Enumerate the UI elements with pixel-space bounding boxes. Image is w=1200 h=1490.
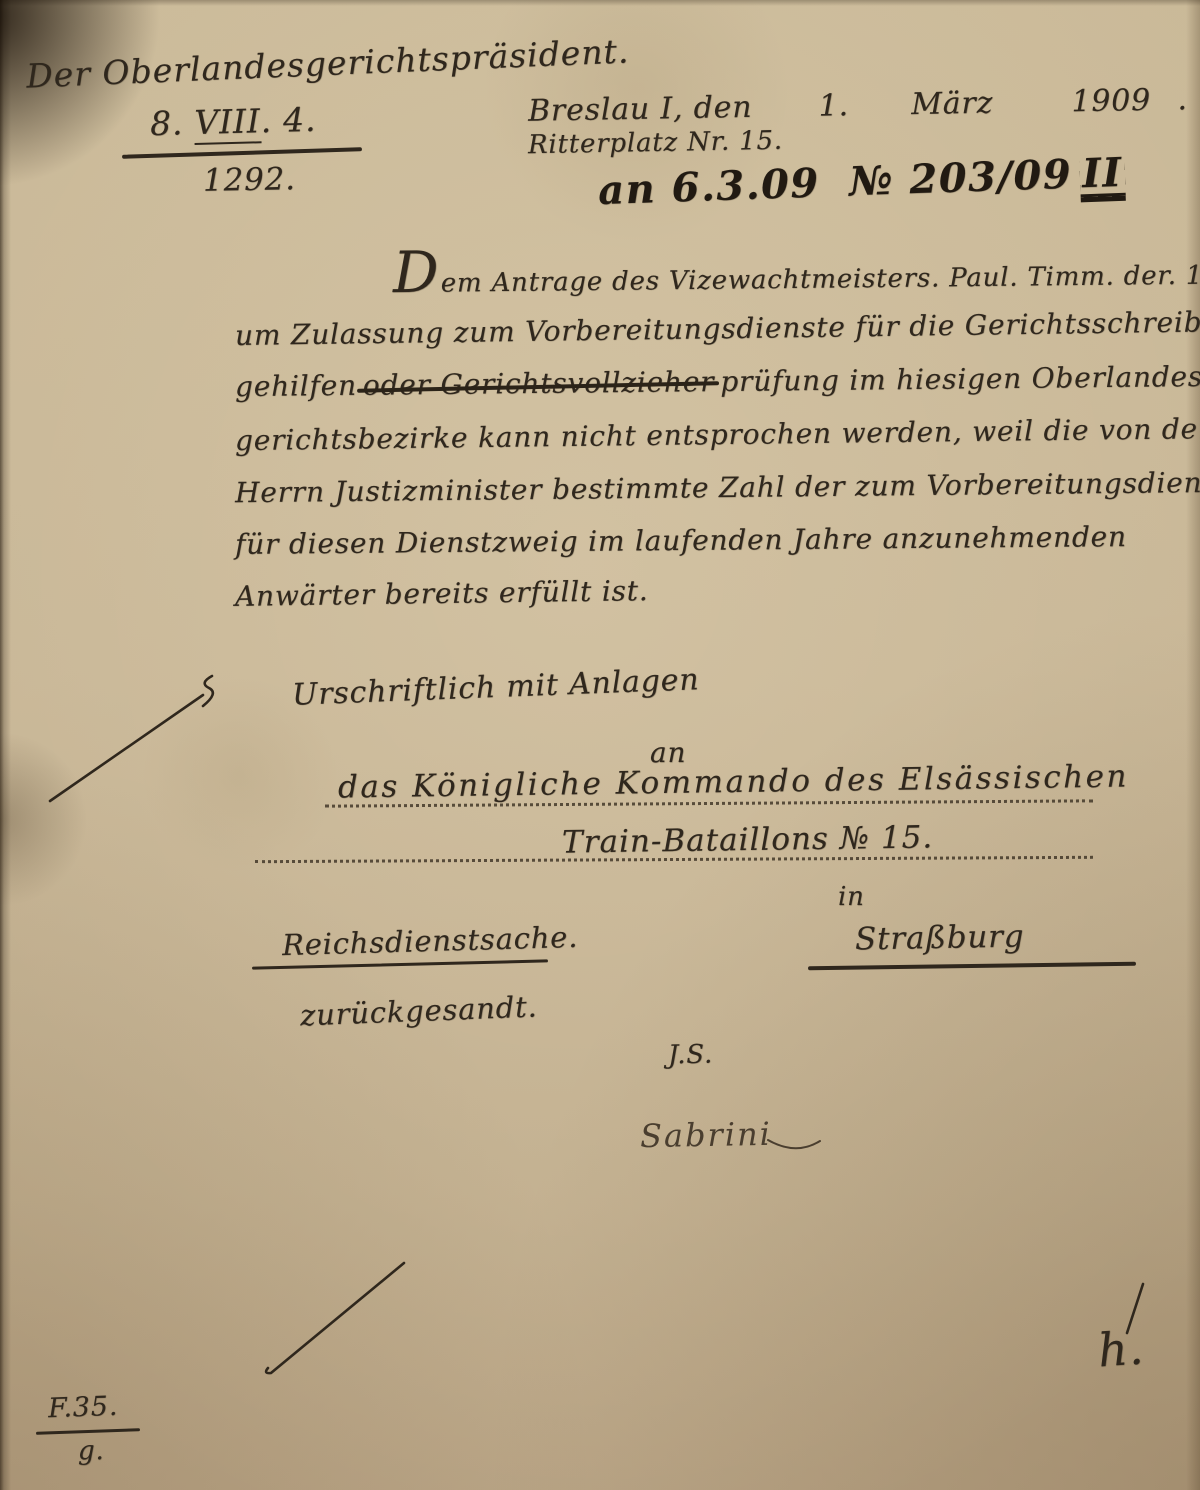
margin-check-squiggle — [203, 676, 213, 706]
bottom-diagonal-stroke — [266, 1263, 404, 1373]
signature-flourish — [768, 1140, 820, 1148]
pen-strokes-layer — [0, 0, 1200, 1490]
letter-page: Der Oberlandesgerichtspräsident. 8. VIII… — [0, 0, 1200, 1490]
margin-check-stroke — [50, 695, 203, 801]
corner-slash-stroke — [1127, 1284, 1143, 1333]
